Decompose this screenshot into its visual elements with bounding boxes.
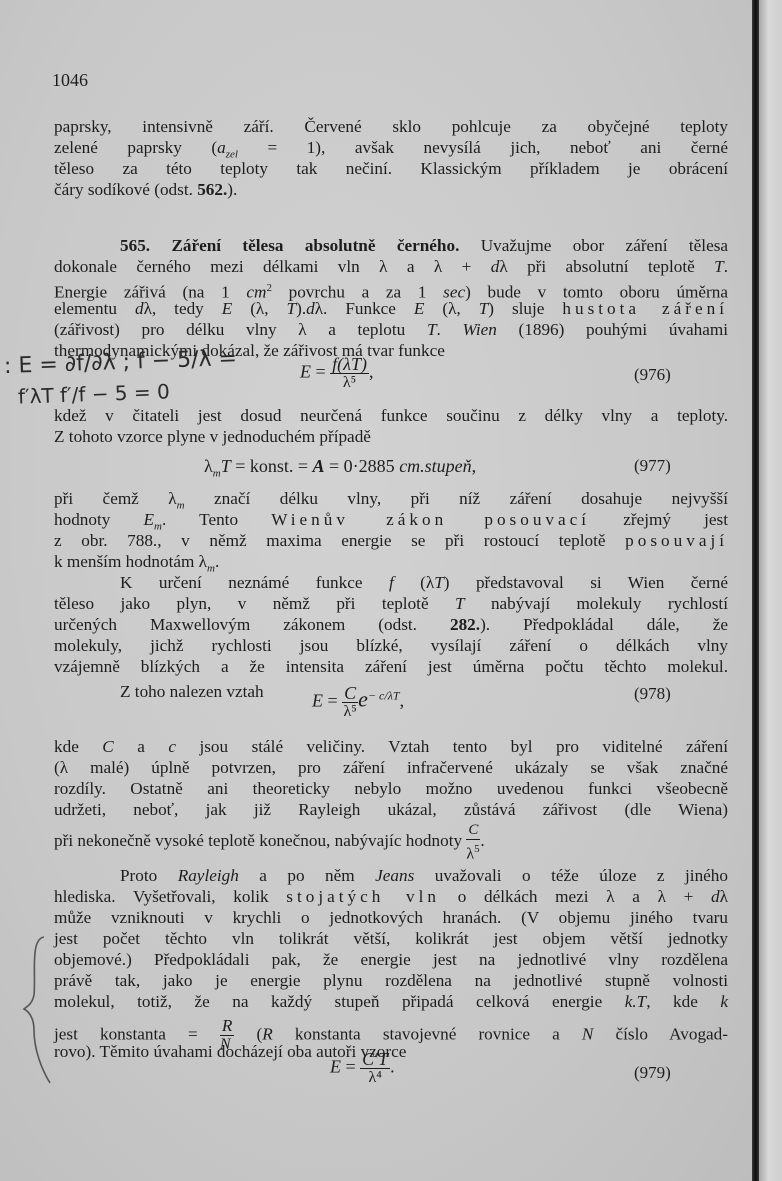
text-line: vzájemně blízkých a že intensita záření … <box>54 657 728 677</box>
adjacent-page-edge <box>759 0 782 1181</box>
section-heading-line: 565. Záření tělesa absolutně černého. Uv… <box>54 236 728 256</box>
equation-number: (978) <box>634 684 671 704</box>
text-line: hlediska. Vyšetřovali, kolik stojatých v… <box>54 887 728 907</box>
equation-976: E = f(λT)λ⁵, <box>300 355 373 392</box>
text-line: Proto Rayleigh a po něm Jeans uvažovali … <box>54 866 728 886</box>
handwritten-note: : E = ∂f/∂λ ; f − 5/λ = <box>4 346 238 379</box>
section-title: Záření tělesa absolutně černého. <box>171 236 459 255</box>
text-line: Z tohoto vzorce plyne v jednoduchém příp… <box>54 427 728 447</box>
equation-977: λmT = konst. = A = 0·2885 cm.stupeň, <box>204 456 476 480</box>
text-line: rozdíly. Ostatně ani theoreticky nebylo … <box>54 779 728 799</box>
equation-number: (976) <box>634 365 671 385</box>
text-line: právě tak, jako je energie plynu rozděle… <box>54 971 728 991</box>
text-line: dokonale černého mezi délkami vln λ a λ … <box>54 257 728 277</box>
text-line: těleso za této teploty tak nečiní. Klass… <box>54 159 728 179</box>
section-number: 565. <box>120 236 150 255</box>
text-line: K určení neznámé funkce f (λT) představo… <box>54 573 728 593</box>
page-number: 1046 <box>52 70 88 91</box>
text-line: může vzniknouti v krychli o jednotkových… <box>54 908 728 928</box>
text-line: kdež v čitateli jest dosud neurčená funk… <box>54 406 728 426</box>
text-line: (λ malé) úplně potvrzen, pro záření infr… <box>54 758 728 778</box>
text-line: kde C a c jsou stálé veličiny. Vztah ten… <box>54 737 728 757</box>
text-line: jest počet těchto vln tolikrát větší, ko… <box>54 929 728 949</box>
text-line: čáry sodíkové (odst. 562.). <box>54 180 728 200</box>
equation-978: E = Cλ⁵e− c/λT, <box>312 684 404 721</box>
text-line: objemové.) Předpokládali pak, že energie… <box>54 950 728 970</box>
text-line: molekuly, jichž rychlosti jsou blízké, v… <box>54 636 728 656</box>
text-line: paprsky, intensivně září. Červené sklo p… <box>54 117 728 137</box>
book-page: 1046 paprsky, intensivně září. Červené s… <box>0 0 752 1181</box>
handwritten-note: f′λT f′/f − 5 = 0 <box>18 379 170 408</box>
text-line: elementu dλ, tedy E (λ, T).dλ. Funkce E … <box>54 299 728 319</box>
text-line: z obr. 788., v němž maxima energie se př… <box>54 531 728 551</box>
book-binding <box>752 0 759 1181</box>
pencil-brace-mark <box>22 935 52 1085</box>
equation-number: (979) <box>634 1063 671 1083</box>
text-line: těleso jako plyn, v němž při teplotě T n… <box>54 594 728 614</box>
text-line: molekul, totiž, že na každý stupeň připa… <box>54 992 728 1012</box>
equation-number: (977) <box>634 456 671 476</box>
text-line: při nekonečně vysoké teplotě konečnou, n… <box>54 821 728 863</box>
text-line: určených Maxwellovým zákonem (odst. 282.… <box>54 615 728 635</box>
equation-979: E = C′Tλ⁴. <box>330 1050 395 1087</box>
text-line: (zářivost) pro délku vlny λ a teplotu T.… <box>54 320 728 340</box>
text-line: udržeti, neboť, jak již Rayleigh ukázal,… <box>54 800 728 820</box>
